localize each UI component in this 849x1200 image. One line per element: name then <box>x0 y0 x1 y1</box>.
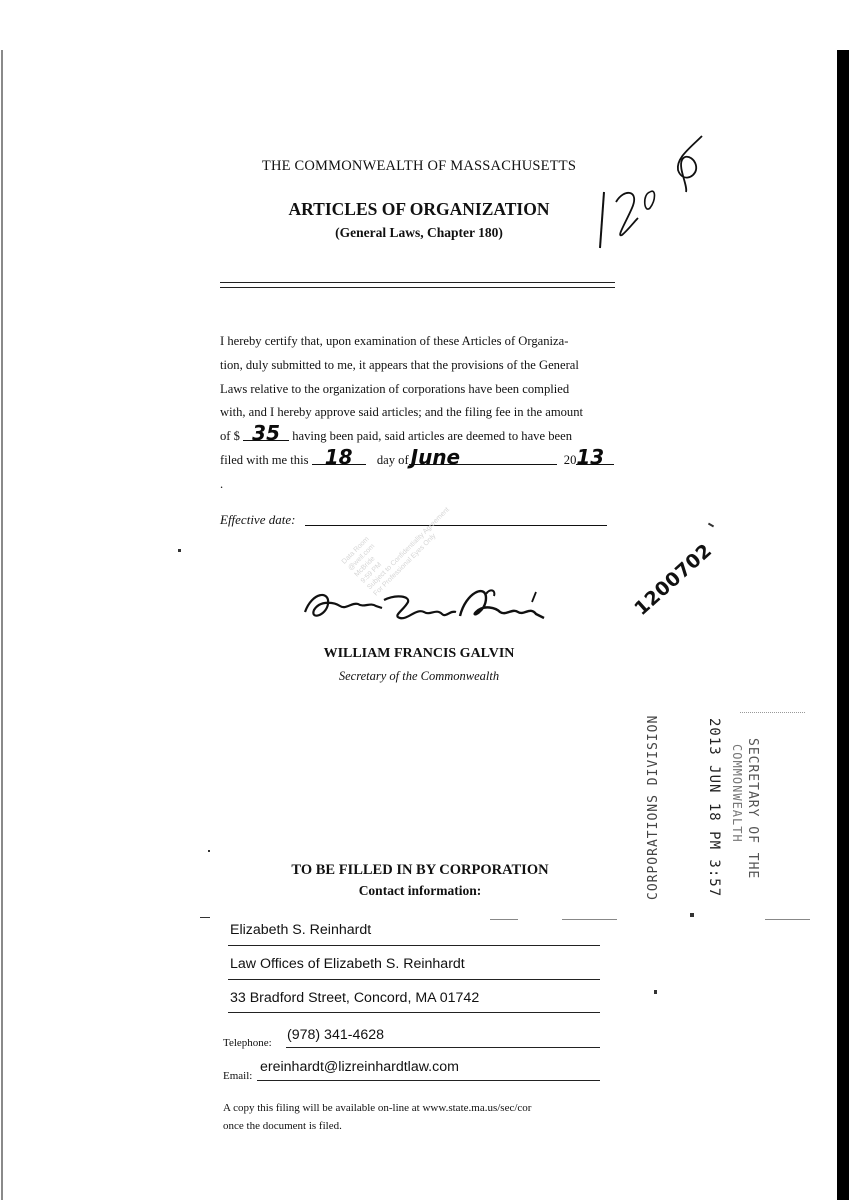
contact-firm-field[interactable]: Law Offices of Elizabeth S. Reinhardt <box>230 956 465 972</box>
document-subtitle: (General Laws, Chapter 180) <box>220 225 618 241</box>
scan-right-border <box>837 50 849 1200</box>
scan-mark <box>208 850 210 852</box>
secretary-name: WILLIAM FRANCIS GALVIN <box>270 646 568 662</box>
email-label: Email: <box>223 1070 252 1082</box>
period: . <box>220 477 223 491</box>
effective-date-label: Effective date: <box>220 512 295 528</box>
contact-address-field[interactable]: 33 Bradford Street, Concord, MA 01742 <box>230 990 479 1006</box>
telephone-label: Telephone: <box>223 1037 272 1049</box>
footer-note-line-1: A copy this filing will be available on-… <box>223 1099 623 1117</box>
stamp-office-line-1: SECRETARY OF THE <box>745 738 760 879</box>
year-prefix: 20 <box>564 453 577 467</box>
contact-address-line <box>228 1012 600 1013</box>
contact-name-field[interactable]: Elizabeth S. Reinhardt <box>230 922 371 938</box>
cert-line-1: I hereby certify that, upon examination … <box>220 330 616 354</box>
email-line <box>257 1080 600 1081</box>
effective-date-field[interactable] <box>305 525 607 526</box>
contact-name-line <box>228 945 600 946</box>
stamp-datetime: 2013 JUN 18 PM 3:57 <box>706 718 722 897</box>
scan-mark <box>490 919 518 920</box>
scan-mark <box>708 523 714 528</box>
footer-note: A copy this filing will be available on-… <box>223 1099 623 1135</box>
scan-mark <box>562 919 617 920</box>
contact-firm-line <box>228 979 600 980</box>
scan-left-edge <box>1 50 3 1200</box>
footer-note-line-2: once the document is filed. <box>223 1117 623 1135</box>
scan-mark <box>690 913 694 917</box>
fee-amount-field[interactable]: 35 <box>243 426 289 441</box>
filed-prefix: filed with me this <box>220 453 309 467</box>
telephone-line <box>286 1047 600 1048</box>
handwritten-file-number: 1208 <box>590 130 720 250</box>
scan-mark <box>765 919 810 920</box>
telephone-field[interactable]: (978) 341-4628 <box>287 1027 384 1043</box>
secretary-title: Secretary of the Commonwealth <box>270 669 568 684</box>
cert-line-2: tion, duly submitted to me, it appears t… <box>220 354 616 378</box>
scan-mark <box>200 917 210 918</box>
cert-line-3: Laws relative to the organization of cor… <box>220 378 616 402</box>
stamp-office-line-2: COMMONWEALTH <box>730 744 744 843</box>
stamp-dotted-edge <box>740 712 805 714</box>
corporation-section-heading: TO BE FILLED IN BY CORPORATION <box>220 862 620 879</box>
header-rule-bottom <box>220 287 615 288</box>
day-of-label: day of <box>377 453 409 467</box>
secretary-signature <box>300 582 550 632</box>
scan-mark <box>178 549 181 552</box>
email-field[interactable]: ereinhardt@lizreinhardtlaw.com <box>260 1059 459 1075</box>
filed-day-field[interactable]: 18 <box>312 450 366 465</box>
header-rule-top <box>220 282 615 283</box>
commonwealth-heading: THE COMMONWEALTH OF MASSACHUSETTS <box>220 158 618 175</box>
filed-year-field[interactable]: 13 <box>576 450 614 465</box>
fee-prefix: of $ <box>220 429 240 443</box>
scan-mark <box>654 990 657 994</box>
filing-stamp-number: 1200702 <box>630 539 716 620</box>
stamp-division: CORPORATIONS DIVISION <box>646 715 661 900</box>
document-title: ARTICLES OF ORGANIZATION <box>220 199 618 220</box>
contact-info-heading: Contact information: <box>220 883 620 899</box>
